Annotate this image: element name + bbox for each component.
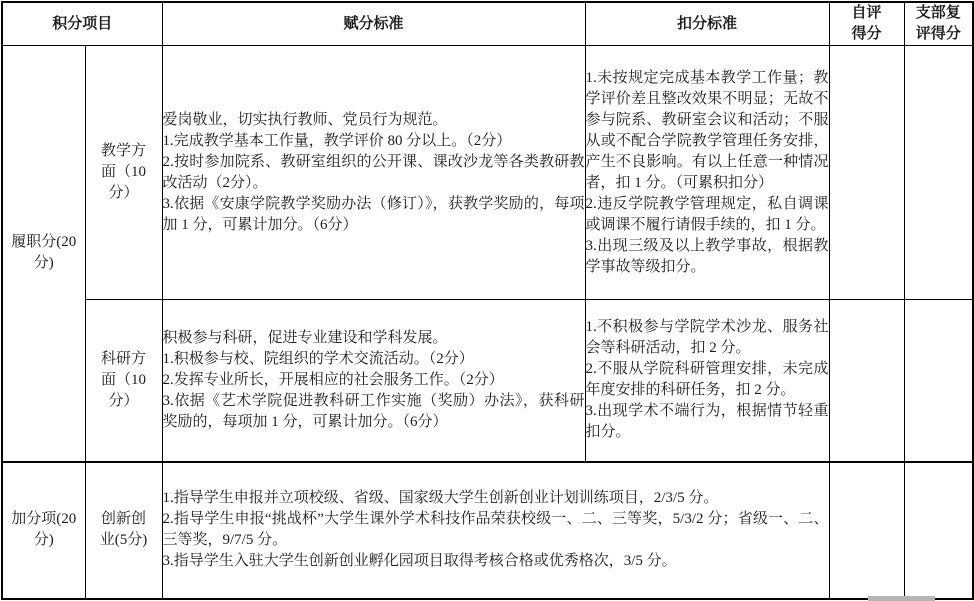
award-criteria-cell: 积极参与科研，促进专业建设和学科发展。 1.积极参与校、院组织的学术交流活动。（… bbox=[162, 300, 585, 462]
document-page: 积分项目 赋分标准 扣分标准 自评 得分 支部复 评得分 履职分(20 分) 教… bbox=[0, 0, 974, 601]
score-criteria-table: 积分项目 赋分标准 扣分标准 自评 得分 支部复 评得分 履职分(20 分) 教… bbox=[1, 1, 974, 600]
branch-score-cell[interactable] bbox=[904, 462, 973, 599]
table-header-row: 积分项目 赋分标准 扣分标准 自评 得分 支部复 评得分 bbox=[2, 2, 973, 46]
header-cell-item: 积分项目 bbox=[2, 2, 162, 46]
self-score-cell[interactable] bbox=[829, 300, 904, 462]
merged-criteria-cell: 1.指导学生申报并立项校级、省级、国家级大学生创新创业计划训练项目，2/3/5 … bbox=[162, 462, 829, 599]
criteria-paragraph: 1.指导学生申报并立项校级、省级、国家级大学生创新创业计划训练项目，2/3/5 … bbox=[163, 488, 829, 509]
criteria-paragraph: 1.不积极参与学院学术沙龙、服务社会等科研活动，扣 2 分。 bbox=[586, 317, 829, 359]
branch-score-cell[interactable] bbox=[904, 46, 973, 300]
header-cell-award: 赋分标准 bbox=[162, 2, 585, 46]
criteria-paragraph: 2.违反学院教学管理规定，私自调课或调课不履行请假手续的，扣 1 分。 bbox=[586, 194, 829, 236]
category-cell-duty: 履职分(20 分) bbox=[2, 46, 85, 462]
header-cell-deduct: 扣分标准 bbox=[585, 2, 829, 46]
table-row-teaching: 履职分(20 分) 教学方 面（10 分） 爱岗敬业，切实执行教师、党员行为规范… bbox=[2, 46, 973, 300]
criteria-paragraph: 1.完成教学基本工作量，教学评价 80 分以上。（2分） bbox=[163, 131, 585, 152]
criteria-paragraph: 3.出现学术不端行为，根据情节轻重扣分。 bbox=[586, 401, 829, 443]
self-score-cell[interactable] bbox=[829, 462, 904, 599]
criteria-paragraph: 3.指导学生入驻大学生创新创业孵化园项目取得考核合格或优秀格次，3/5 分。 bbox=[163, 551, 829, 572]
deduct-criteria-cell: 1.不积极参与学院学术沙龙、服务社会等科研活动，扣 2 分。 2.不服从学院科研… bbox=[585, 300, 829, 462]
criteria-paragraph: 积极参与科研，促进专业建设和学科发展。 bbox=[163, 328, 585, 349]
table-row-research: 科研方 面（10 分） 积极参与科研，促进专业建设和学科发展。 1.积极参与校、… bbox=[2, 300, 973, 462]
criteria-paragraph: 2.发挥专业所长，开展相应的社会服务工作。（2分） bbox=[163, 370, 585, 391]
aspect-cell-research: 科研方 面（10 分） bbox=[85, 300, 162, 462]
header-cell-branch-score: 支部复 评得分 bbox=[904, 2, 973, 46]
table-row-bonus: 加分项(20 分) 创新创 业(5分) 1.指导学生申报并立项校级、省级、国家级… bbox=[2, 462, 973, 599]
table-corner-shadow bbox=[868, 596, 935, 601]
category-cell-bonus: 加分项(20 分) bbox=[2, 462, 85, 599]
criteria-paragraph: 1.未按规定完成基本教学工作量；教学评价差且整改效果不明显；无故不参与院系、教研… bbox=[586, 68, 829, 194]
criteria-paragraph: 爱岗敬业，切实执行教师、党员行为规范。 bbox=[163, 110, 585, 131]
criteria-paragraph: 3.出现三级及以上教学事故，根据教学事故等级扣分。 bbox=[586, 236, 829, 278]
criteria-paragraph: 2.按时参加院系、教研室组织的公开课、课改沙龙等各类教研教改活动（2分）。 bbox=[163, 152, 585, 194]
aspect-cell-innovation: 创新创 业(5分) bbox=[85, 462, 162, 599]
criteria-paragraph: 2.不服从学院科研管理安排，未完成年度安排的科研任务，扣 2 分。 bbox=[586, 359, 829, 401]
criteria-paragraph: 2.指导学生申报“挑战杯”大学生课外学术科技作品荣获校级一、二、三等奖，5/3/… bbox=[163, 509, 829, 551]
criteria-paragraph: 3.依据《艺术学院促进教科研工作实施（奖励）办法》，获科研奖励的，每项加 1 分… bbox=[163, 391, 585, 433]
award-criteria-cell: 爱岗敬业，切实执行教师、党员行为规范。 1.完成教学基本工作量，教学评价 80 … bbox=[162, 46, 585, 300]
branch-score-cell[interactable] bbox=[904, 300, 973, 462]
criteria-paragraph: 1.积极参与校、院组织的学术交流活动。（2分） bbox=[163, 349, 585, 370]
header-cell-self-score: 自评 得分 bbox=[829, 2, 904, 46]
aspect-cell-teaching: 教学方 面（10 分） bbox=[85, 46, 162, 300]
deduct-criteria-cell: 1.未按规定完成基本教学工作量；教学评价差且整改效果不明显；无故不参与院系、教研… bbox=[585, 46, 829, 300]
criteria-paragraph: 3.依据《安康学院教学奖励办法（修订）》，获教学奖励的，每项加 1 分，可累计加… bbox=[163, 194, 585, 236]
self-score-cell[interactable] bbox=[829, 46, 904, 300]
